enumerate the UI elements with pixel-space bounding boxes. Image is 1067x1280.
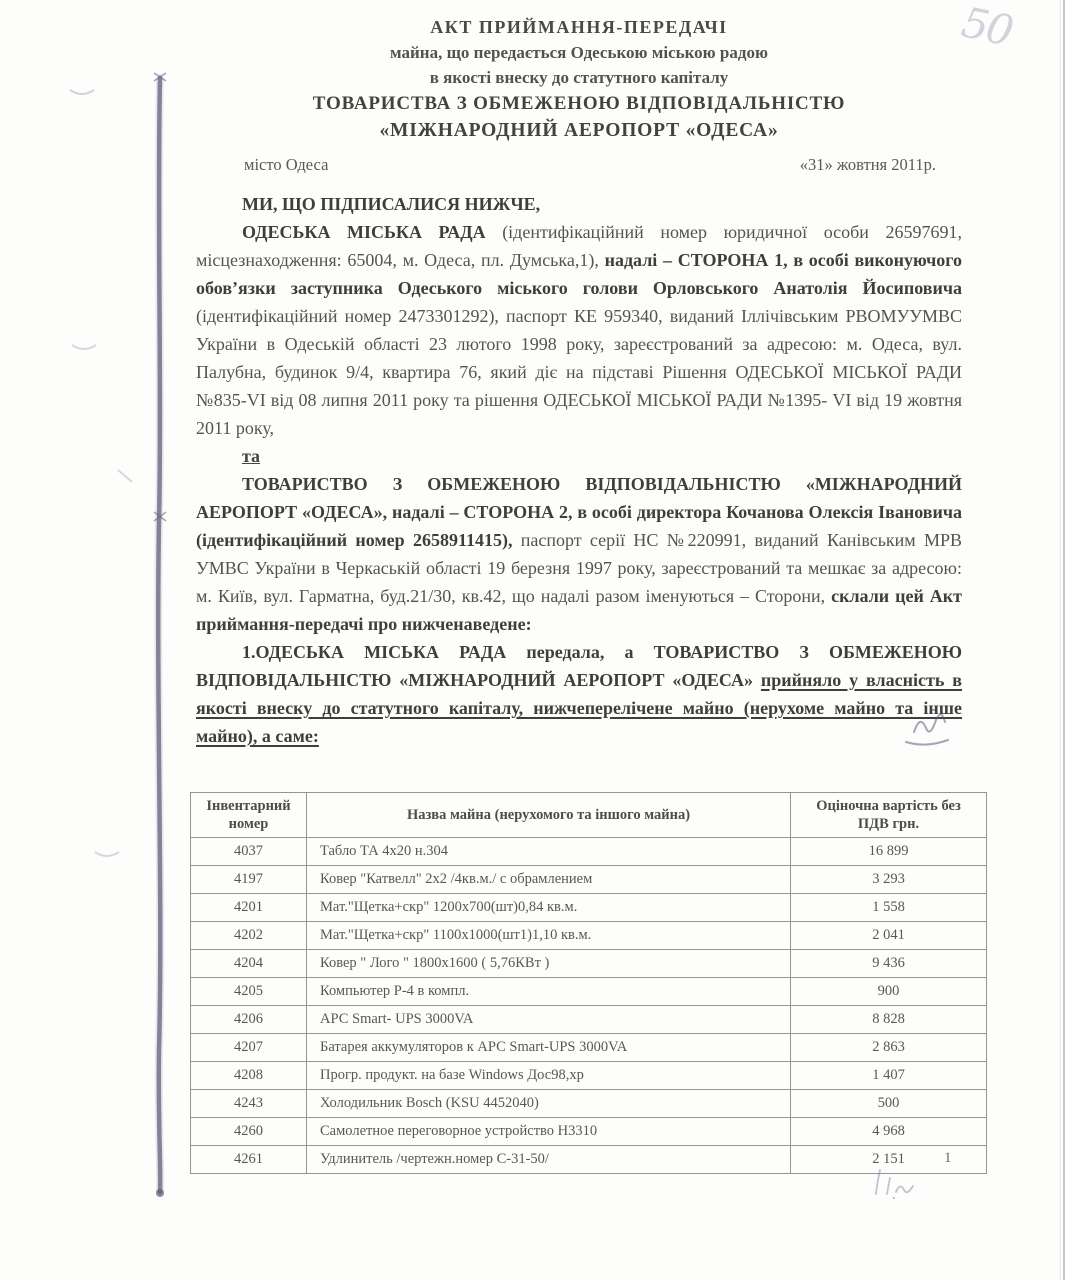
handwritten-number: 50: [957, 0, 1016, 56]
inventory-number-cell: 4206: [191, 1006, 307, 1034]
appraised-value-cell: 9 436: [791, 950, 987, 978]
page-number: 1: [944, 1150, 952, 1167]
inventory-number-cell: 4243: [191, 1090, 307, 1118]
property-name-cell: Ковер "Катвелл" 2х2 /4кв.м./ с обрамлени…: [307, 866, 791, 894]
property-row: 4260Самолетное переговорное устройство Н…: [191, 1118, 987, 1146]
appraised-value-cell: 1 407: [791, 1062, 987, 1090]
appraised-value-cell: 500: [791, 1090, 987, 1118]
dateline-city: місто Одеса: [196, 155, 328, 175]
property-row: 4202Мат."Щетка+скр" 1100х1000(шт1)1,10 к…: [191, 922, 987, 950]
inventory-number-cell: 4261: [191, 1146, 307, 1174]
party1-paragraph: ОДЕСЬКА МІСЬКА РАДА (ідентифікаційний но…: [196, 218, 962, 442]
property-row: 4261Удлинитель /чертежн.номер С-31-50/2 …: [191, 1146, 987, 1174]
property-name-cell: Холодильник Bosch (KSU 4452040): [307, 1090, 791, 1118]
property-row: 4243Холодильник Bosch (KSU 4452040)500: [191, 1090, 987, 1118]
appraised-value-cell: 3 293: [791, 866, 987, 894]
property-row: 4207Батарея аккумуляторов к АРС Smart-UP…: [191, 1034, 987, 1062]
appraised-value-cell: 4 968: [791, 1118, 987, 1146]
appraised-value-cell: 2 041: [791, 922, 987, 950]
conjunction-text: та: [242, 446, 260, 466]
inventory-number-cell: 4037: [191, 838, 307, 866]
property-name-cell: Батарея аккумуляторов к АРС Smart-UPS 30…: [307, 1034, 791, 1062]
inventory-number-cell: 4208: [191, 1062, 307, 1090]
property-table-head: Інвентарний номер Назва майна (нерухомог…: [191, 793, 987, 838]
appraised-value-cell: 2 151: [791, 1146, 987, 1174]
col-header-inventory-number: Інвентарний номер: [191, 793, 307, 838]
inventory-number-cell: 4202: [191, 922, 307, 950]
document-header: АКТ ПРИЙМАННЯ-ПЕРЕДАЧІ майна, що передає…: [196, 14, 962, 145]
transfer-paragraph: 1.ОДЕСЬКА МІСЬКА РАДА передала, а ТОВАРИ…: [196, 638, 962, 750]
property-name-cell: Мат."Щетка+скр" 1200х700(шт)0,84 кв.м.: [307, 894, 791, 922]
appraised-value-cell: 8 828: [791, 1006, 987, 1034]
inventory-number-cell: 4197: [191, 866, 307, 894]
appraised-value-cell: 1 558: [791, 894, 987, 922]
property-name-cell: Табло ТА 4х20 н.304: [307, 838, 791, 866]
scan-edge-line-2: [1060, 0, 1061, 1280]
conjunction-line: та: [196, 442, 962, 470]
appraised-value-cell: 16 899: [791, 838, 987, 866]
property-table-body: 4037Табло ТА 4х20 н.30416 8994197Ковер "…: [191, 838, 987, 1174]
inventory-number-cell: 4260: [191, 1118, 307, 1146]
inventory-number-cell: 4207: [191, 1034, 307, 1062]
property-row: 4206АРС Smart- UPS 3000VA8 828: [191, 1006, 987, 1034]
scanned-document-page: 50 АКТ ПРИЙМАННЯ-ПЕРЕДАЧІ майна, що пере…: [0, 0, 1067, 1280]
document-subtitle-1: майна, що передається Одеською міською р…: [196, 40, 962, 65]
property-row: 4201Мат."Щетка+скр" 1200х700(шт)0,84 кв.…: [191, 894, 987, 922]
col-header-property-name: Назва майна (нерухомого та іншого майна): [307, 793, 791, 838]
col-header-appraised-value: Оціночна вартість без ПДВ грн.: [791, 793, 987, 838]
party1-details-2: (ідентифікаційний номер 2473301292), пас…: [196, 306, 962, 438]
dateline: місто Одеса «31» жовтня 2011р.: [196, 155, 936, 175]
property-row: 4197Ковер "Катвелл" 2х2 /4кв.м./ с обрам…: [191, 866, 987, 894]
appraised-value-cell: 900: [791, 978, 987, 1006]
property-name-cell: Компьютер Р-4 в компл.: [307, 978, 791, 1006]
company-form-line: ТОВАРИСТВА З ОБМЕЖЕНОЮ ВІДПОВІДАЛЬНІСТЮ: [196, 90, 962, 117]
party2-paragraph: ТОВАРИСТВО З ОБМЕЖЕНОЮ ВІДПОВІДАЛЬНІСТЮ …: [196, 470, 962, 638]
property-row: 4037Табло ТА 4х20 н.30416 899: [191, 838, 987, 866]
property-row: 4205Компьютер Р-4 в компл.900: [191, 978, 987, 1006]
binding-fold-line: [0, 0, 220, 1280]
property-name-cell: Мат."Щетка+скр" 1100х1000(шт1)1,10 кв.м.: [307, 922, 791, 950]
company-name-line: «МІЖНАРОДНИЙ АЕРОПОРТ «ОДЕСА»: [196, 117, 962, 145]
scan-edge-line: [1063, 0, 1065, 1280]
inventory-number-cell: 4205: [191, 978, 307, 1006]
party1-name: ОДЕСЬКА МІСЬКА РАДА: [242, 222, 502, 242]
appraised-value-cell: 2 863: [791, 1034, 987, 1062]
document-title: АКТ ПРИЙМАННЯ-ПЕРЕДАЧІ: [196, 14, 962, 40]
property-name-cell: Самолетное переговорное устройство Н3310: [307, 1118, 791, 1146]
property-name-cell: Удлинитель /чертежн.номер С-31-50/: [307, 1146, 791, 1174]
property-name-cell: АРС Smart- UPS 3000VA: [307, 1006, 791, 1034]
dateline-date: «31» жовтня 2011р.: [800, 155, 936, 175]
header-row: Інвентарний номер Назва майна (нерухомог…: [191, 793, 987, 838]
property-table: Інвентарний номер Назва майна (нерухомог…: [190, 792, 987, 1174]
document-body: МИ, ЩО ПІДПИСАЛИСЯ НИЖЧЕ, ОДЕСЬКА МІСЬКА…: [196, 190, 962, 750]
property-name-cell: Прогр. продукт. на базе Windows Дос98,хр: [307, 1062, 791, 1090]
property-row: 4204Ковер " Лого " 1800х1600 ( 5,76КВт )…: [191, 950, 987, 978]
inventory-number-cell: 4201: [191, 894, 307, 922]
document-subtitle-2: в якості внеску до статутного капіталу: [196, 65, 962, 90]
property-row: 4208Прогр. продукт. на базе Windows Дос9…: [191, 1062, 987, 1090]
intro-line: МИ, ЩО ПІДПИСАЛИСЯ НИЖЧЕ,: [196, 190, 962, 218]
inventory-number-cell: 4204: [191, 950, 307, 978]
intro-text: МИ, ЩО ПІДПИСАЛИСЯ НИЖЧЕ,: [242, 194, 540, 214]
property-name-cell: Ковер " Лого " 1800х1600 ( 5,76КВт ): [307, 950, 791, 978]
